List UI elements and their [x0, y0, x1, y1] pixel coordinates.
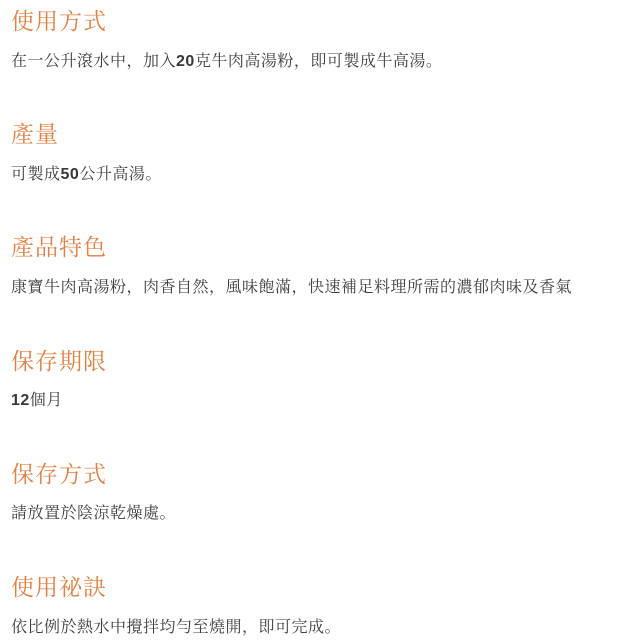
sections-container: 使用方式 在一公升滾水中，加入20克牛肉高湯粉，即可製成牛高湯。 產量 可製成5…: [11, 8, 626, 638]
section-body: 請放置於陰涼乾燥處。: [11, 503, 626, 525]
section-heading: 產量: [11, 121, 626, 149]
body-text: 可製成: [11, 166, 61, 183]
body-number: 50: [61, 166, 80, 183]
body-text: 請放置於陰涼乾燥處。: [11, 505, 176, 522]
body-text: 依比例於熱水中攪拌均勻至燒開，即可完成。: [11, 619, 341, 636]
product-detail-page: 使用方式 在一公升滾水中，加入20克牛肉高湯粉，即可製成牛高湯。 產量 可製成5…: [0, 0, 640, 640]
info-section: 產量 可製成50公升高湯。: [11, 121, 626, 185]
info-section: 使用方式 在一公升滾水中，加入20克牛肉高湯粉，即可製成牛高湯。: [11, 8, 626, 72]
info-section: 保存期限 12個月: [11, 348, 626, 412]
info-section: 產品特色 康寶牛肉高湯粉，肉香自然，風味飽滿，快速補足料理所需的濃郁肉味及香氣: [11, 234, 626, 298]
section-heading: 保存方式: [11, 461, 626, 489]
section-body: 可製成50公升高湯。: [11, 164, 626, 186]
body-text: 康寶牛肉高湯粉，肉香自然，風味飽滿，快速補足料理所需的濃郁肉味及香氣: [11, 279, 572, 296]
body-text: 克牛肉高湯粉，即可製成牛高湯。: [195, 53, 443, 70]
body-number: 12: [11, 392, 30, 409]
body-number: 20: [176, 53, 195, 70]
info-section: 保存方式 請放置於陰涼乾燥處。: [11, 461, 626, 525]
section-heading: 使用方式: [11, 8, 626, 36]
section-heading: 保存期限: [11, 348, 626, 376]
info-section: 使用祕訣 依比例於熱水中攪拌均勻至燒開，即可完成。: [11, 574, 626, 638]
section-body: 依比例於熱水中攪拌均勻至燒開，即可完成。: [11, 617, 626, 639]
section-heading: 產品特色: [11, 234, 626, 262]
section-body: 在一公升滾水中，加入20克牛肉高湯粉，即可製成牛高湯。: [11, 51, 626, 73]
section-body: 12個月: [11, 390, 626, 412]
section-body: 康寶牛肉高湯粉，肉香自然，風味飽滿，快速補足料理所需的濃郁肉味及香氣: [11, 277, 626, 299]
body-text: 在一公升滾水中，加入: [11, 53, 176, 70]
body-text: 個月: [30, 392, 63, 409]
body-text: 公升高湯。: [79, 166, 162, 183]
section-heading: 使用祕訣: [11, 574, 626, 602]
